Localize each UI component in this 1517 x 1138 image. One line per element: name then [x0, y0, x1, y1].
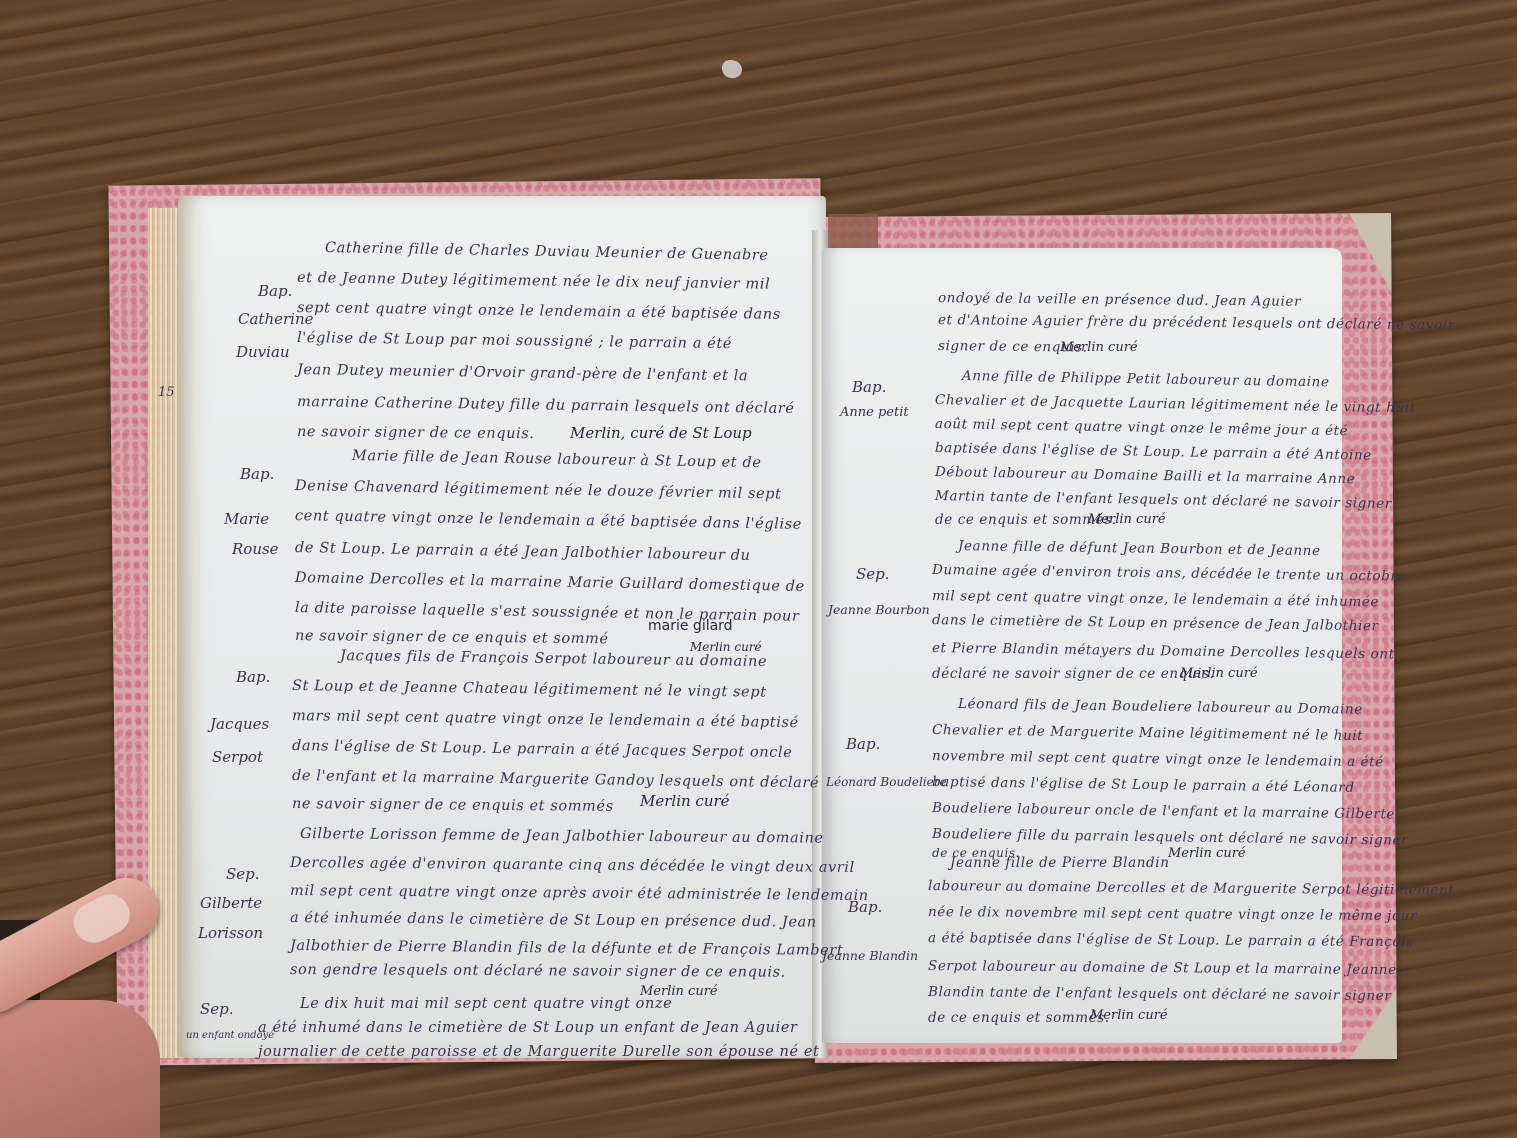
- margin-note: Bap.: [236, 668, 270, 686]
- text-line: son gendre lesquels ont déclaré ne savoi…: [290, 962, 786, 981]
- priest-signature: Merlin curé: [640, 792, 730, 810]
- text-line: ne savoir signer de ce enquis.: [297, 424, 535, 442]
- priest-signature: Merlin, curé de St Loup: [570, 424, 752, 442]
- margin-note: Sep.: [200, 1000, 234, 1018]
- priest-signature: Merlin curé: [690, 640, 762, 654]
- margin-note: Gilberte: [200, 894, 262, 912]
- margin-note: Bap.: [848, 898, 882, 916]
- text-line: de ce enquis et sommés.: [928, 1010, 1110, 1026]
- margin-note: Marie: [224, 510, 269, 528]
- text-line: Le dix huit mai mil sept cent quatre vin…: [300, 996, 672, 1012]
- page-number-mark: 15: [158, 385, 175, 400]
- margin-note: Duviau: [236, 343, 290, 361]
- margin-note: Bap.: [846, 735, 880, 753]
- margin-note: Léonard Boudeliere: [826, 775, 947, 789]
- priest-signature: Merlin curé: [1060, 340, 1138, 355]
- margin-note: Sep.: [856, 565, 890, 583]
- priest-signature: Merlin curé: [1088, 512, 1166, 527]
- margin-note: Bap.: [258, 282, 292, 300]
- margin-note: Serpot: [212, 748, 263, 766]
- paper-fleck-on-table: [722, 60, 742, 78]
- margin-note: Bap.: [240, 465, 274, 483]
- margin-note: Jacques: [210, 715, 269, 733]
- priest-signature: Merlin curé: [1180, 666, 1258, 681]
- margin-note: Sep.: [226, 865, 260, 883]
- margin-note: Jeanne Bourbon: [828, 602, 930, 617]
- margin-note: Anne petit: [840, 405, 909, 420]
- text-line: Jeanne fille de Pierre Blandin: [950, 855, 1170, 871]
- godmother-signature: marie gilard: [648, 618, 733, 634]
- text-line: a été inhumé dans le cimetière de St Lou…: [258, 1020, 798, 1036]
- margin-note: Rouse: [232, 540, 279, 558]
- priest-signature: Merlin curé: [1168, 846, 1246, 861]
- margin-note: Jeanne Blandin: [822, 948, 918, 963]
- text-line: ne savoir signer de ce enquis et sommés: [292, 796, 614, 815]
- margin-note: Lorisson: [198, 924, 263, 942]
- margin-note: Bap.: [852, 378, 886, 396]
- text-line: ne savoir signer de ce enquis et sommé: [295, 628, 609, 647]
- text-line: déclaré ne savoir signer de ce enquis.: [932, 666, 1215, 682]
- hand: [0, 1000, 160, 1138]
- text-line: journalier de cette paroisse et de Margu…: [258, 1044, 819, 1060]
- priest-signature: Merlin curé: [1090, 1008, 1168, 1023]
